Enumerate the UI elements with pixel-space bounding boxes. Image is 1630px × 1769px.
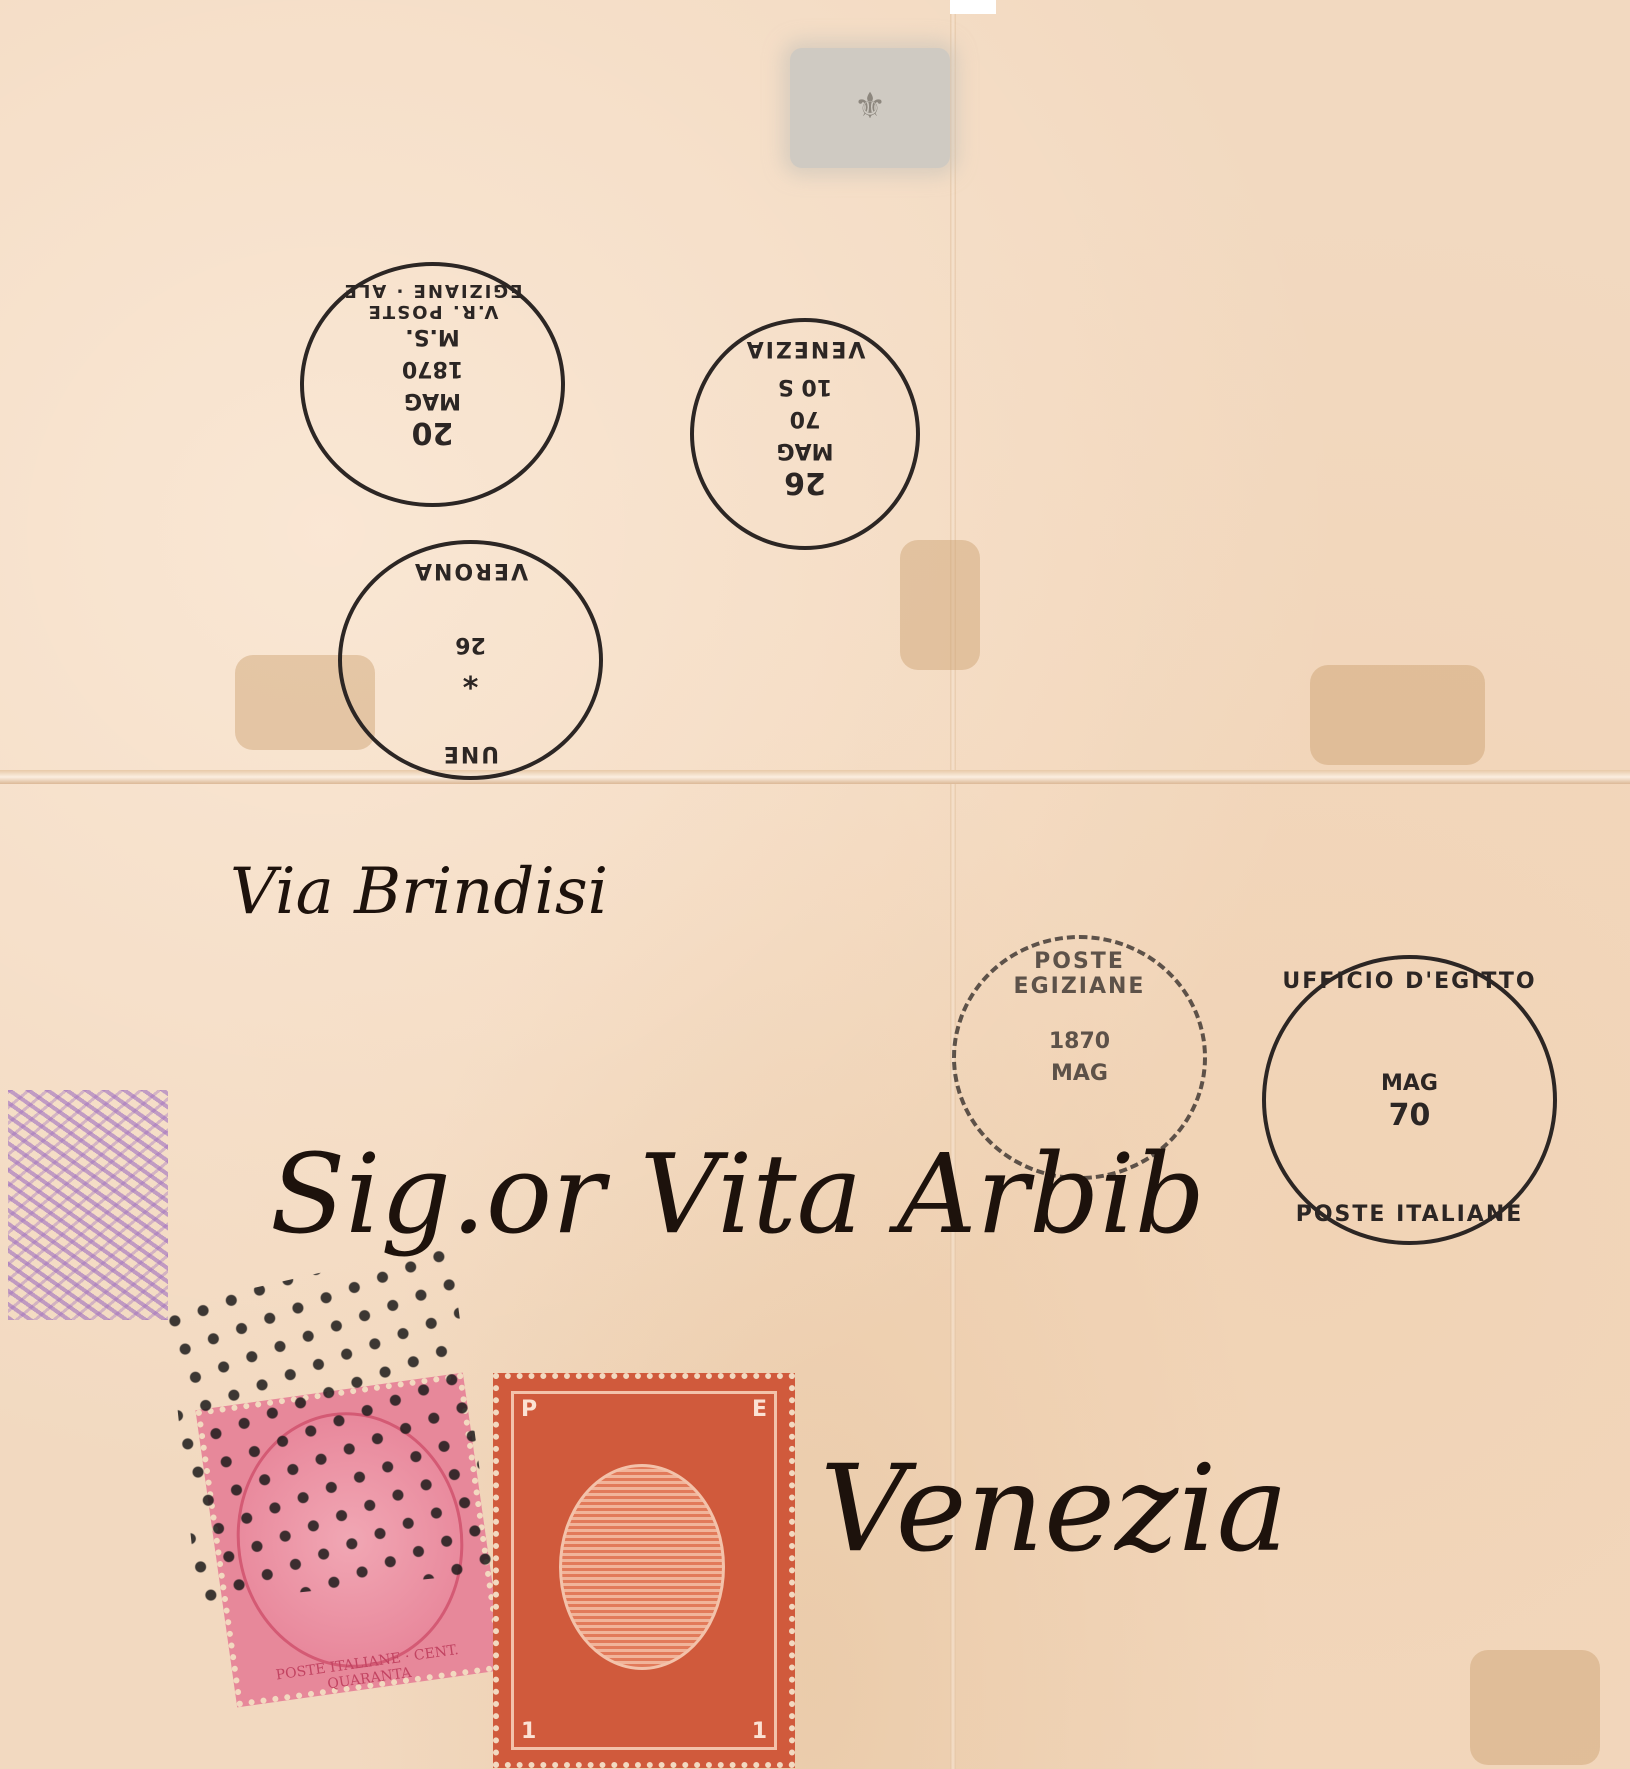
addressee-name: Sig.or Vita Arbib	[270, 1130, 1205, 1258]
sphinx-pyramid-vignette	[559, 1464, 725, 1670]
routing-note: Via Brindisi	[230, 855, 608, 929]
seal-glyph: ⚜	[790, 86, 950, 127]
addressee-city: Venezia	[820, 1440, 1288, 1579]
postmark-verona: VERONA UNE *26	[338, 540, 603, 780]
postmark-ufficio-egitto: UFFICIO D'EGITTO POSTE ITALIANE MAG70	[1262, 955, 1557, 1245]
postmark-poste-egiziane-back: V.R. POSTE EGIZIANE · ALE 20MAG1870M.S.	[300, 262, 565, 507]
stain	[1470, 1650, 1600, 1765]
wax-seal: ⚜	[790, 48, 950, 168]
horizontal-fold	[0, 770, 1630, 784]
egyptian-stamp: P E 1 1	[493, 1373, 795, 1768]
purple-cachet	[8, 1090, 168, 1320]
stain	[900, 540, 980, 670]
top-tear	[950, 0, 996, 14]
postmark-venezia: VENEZIA 26MAG7010 S	[690, 318, 920, 550]
stain	[1310, 665, 1485, 765]
